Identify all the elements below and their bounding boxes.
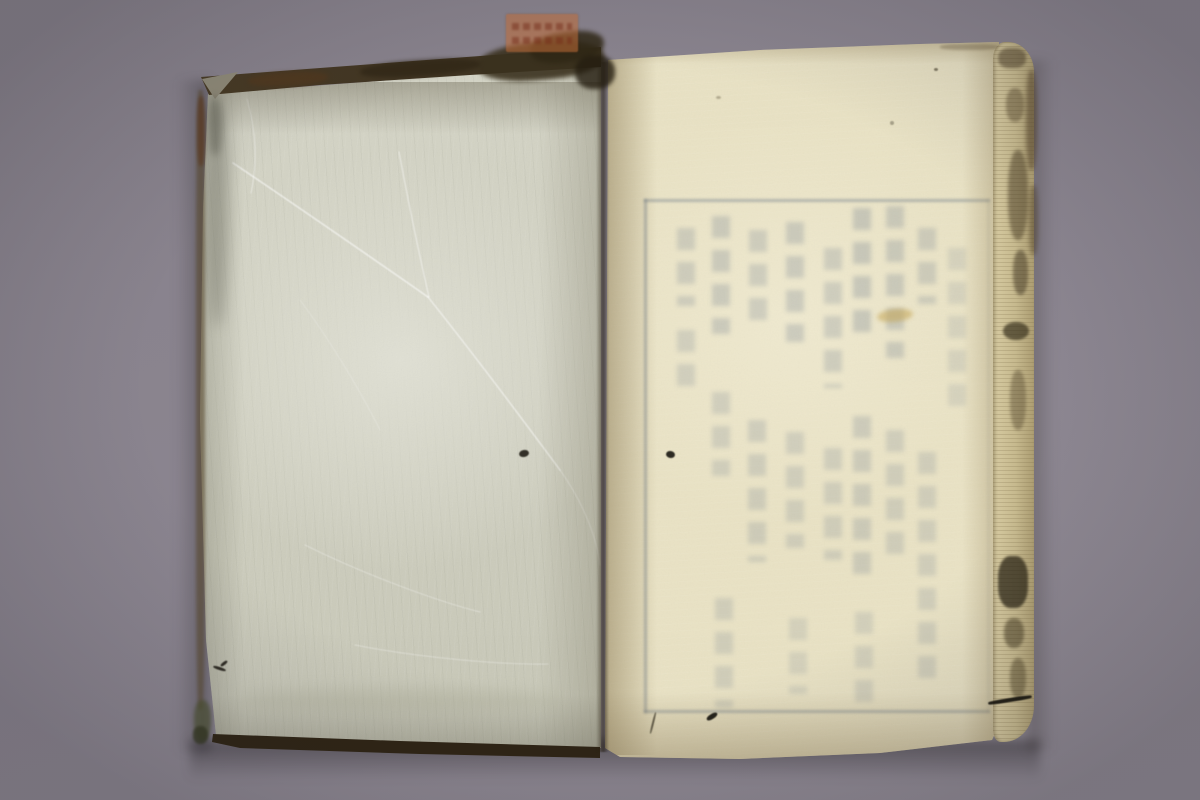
photograph-open-antique-book xyxy=(0,0,1200,800)
photo-vignette xyxy=(0,0,1200,800)
